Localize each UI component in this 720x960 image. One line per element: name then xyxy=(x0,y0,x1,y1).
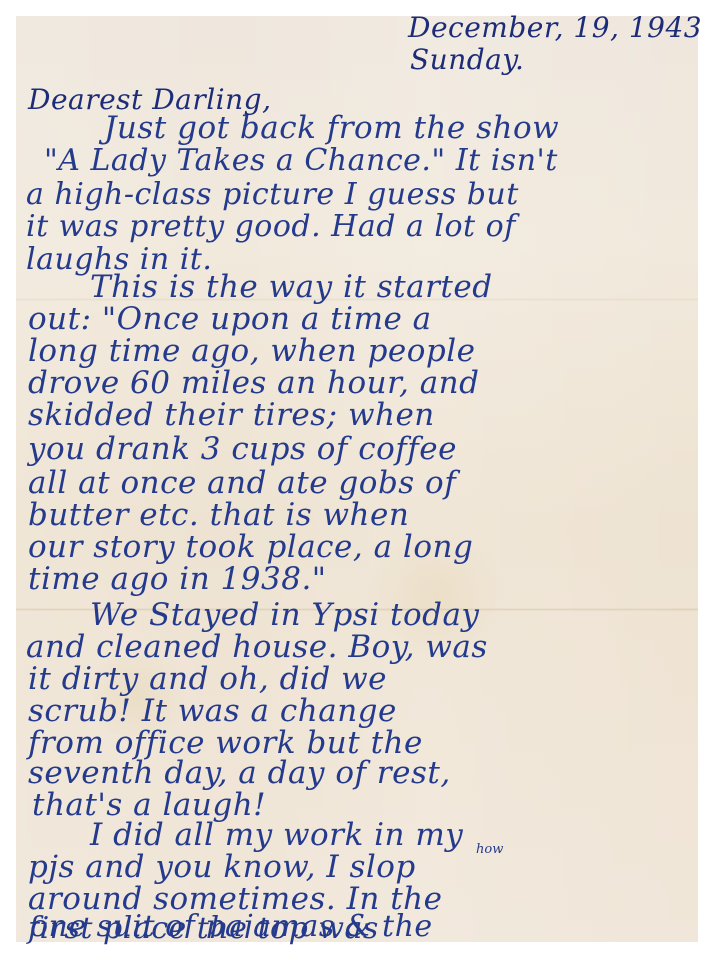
letter-day: Sunday. xyxy=(410,46,524,74)
body-line: Just got back from the show xyxy=(104,113,559,144)
body-line: pjs and you know, I slop xyxy=(28,852,416,883)
letter-date: December, 19, 1943 xyxy=(408,14,702,42)
body-line: long time ago, when people xyxy=(28,336,476,367)
body-line: skidded their tires; when xyxy=(28,400,435,431)
body-line: This is the way it started xyxy=(90,272,493,303)
body-line: it was pretty good. Had a lot of xyxy=(26,212,516,242)
body-line: drove 60 miles an hour, and xyxy=(28,368,479,399)
body-line: out: "Once upon a time a xyxy=(28,304,432,335)
body-line: our story took place, a long xyxy=(28,532,473,563)
body-line: it dirty and oh, did we xyxy=(28,664,387,695)
body-line: We Stayed in Ypsi today xyxy=(90,600,479,631)
body-line: "A Lady Takes a Chance." It isn't xyxy=(44,146,558,176)
body-line: one suit of pajamas & the xyxy=(30,912,433,942)
body-line: butter etc. that is when xyxy=(28,500,409,531)
body-line: you drank 3 cups of coffee xyxy=(28,434,457,465)
body-line: a high-class picture I guess but xyxy=(26,180,519,210)
body-line: time ago in 1938." xyxy=(28,564,327,595)
body-line: scrub! It was a change xyxy=(28,696,397,727)
body-line: all at once and ate gobs of xyxy=(28,468,456,499)
inserted-word: how xyxy=(476,842,503,857)
body-line: seventh day, a day of rest, xyxy=(28,758,451,789)
body-line: and cleaned house. Boy, was xyxy=(26,632,488,663)
body-line: I did all my work in my xyxy=(90,820,463,851)
